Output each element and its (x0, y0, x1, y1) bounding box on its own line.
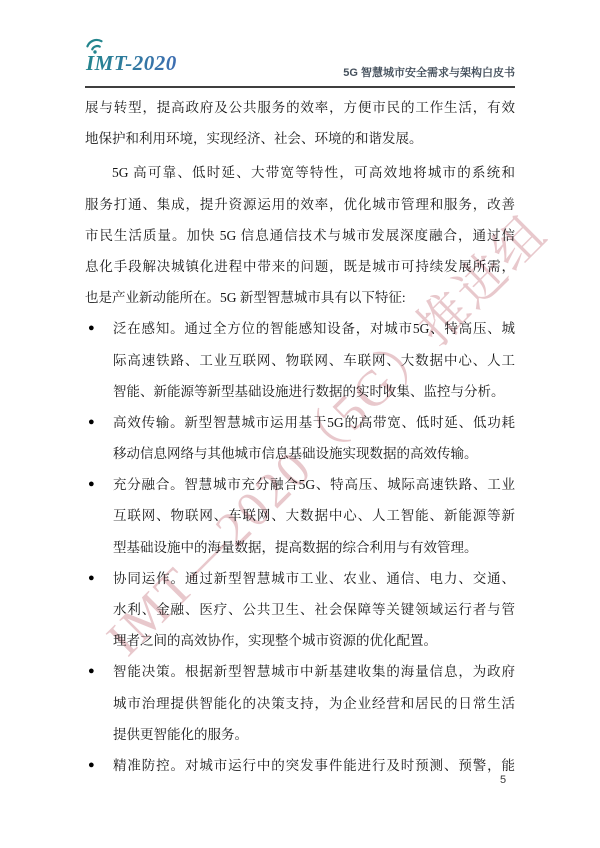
document-body: 展与转型，提高政府及公共服务的效率，方便市民的工作生活，有效地保护和利用环境，实… (85, 92, 515, 781)
text-line: 移动信息网络与其他城市信息基础设施实现数据的高效传输。 (113, 438, 515, 469)
text-line: 市民生活质量。加快 5G 信息通信技术与城市发展深度融合，通过信 (85, 220, 515, 251)
bullet-icon: ● (88, 313, 95, 344)
imt-2020-logo: IMT-2020 (85, 33, 181, 82)
page-header: IMT-2020 5G 智慧城市安全需求与架构白皮书 (85, 34, 515, 88)
text-line: 协同运作。通过新型智慧城市工业、农业、通信、电力、交通、 (113, 563, 515, 594)
bullet-icon: ● (88, 407, 95, 438)
text-line: 型基础设施中的海量数据，提高数据的综合利用与有效管理。 (113, 532, 515, 563)
text-line: 充分融合。智慧城市充分融合5G、特高压、城际高速铁路、工业 (113, 469, 515, 500)
bullet-item: ●精准防控。对城市运行中的突发事件能进行及时预测、预警，能 (85, 750, 515, 781)
bullet-item: ●智能决策。根据新型智慧城市中新基建收集的海量信息，为政府城市治理提供智能化的决… (85, 656, 515, 750)
bullet-item: ●协同运作。通过新型智慧城市工业、农业、通信、电力、交通、水利、金融、医疗、公共… (85, 563, 515, 657)
text-line: 互联网、物联网、车联网、大数据中心、人工智能、新能源等新 (113, 500, 515, 531)
bullet-item: ●高效传输。新型智慧城市运用基于5G的高带宽、低时延、低功耗移动信息网络与其他城… (85, 407, 515, 469)
text-line: 5G 高可靠、低时延、大带宽等特性，可高效地将城市的系统和 (85, 157, 515, 188)
logo-text: IMT-2020 (85, 51, 177, 75)
text-line: 水利、金融、医疗、公共卫生、社会保障等关键领域运行者与管 (113, 594, 515, 625)
text-line: 精准防控。对城市运行中的突发事件能进行及时预测、预警，能 (113, 750, 515, 781)
text-line: 地保护和利用环境，实现经济、社会、环境的和谐发展。 (85, 123, 515, 154)
header-doc-title: 5G 智慧城市安全需求与架构白皮书 (343, 64, 515, 82)
text-line: 智能、新能源等新型基础设施进行数据的实时收集、监控与分析。 (113, 376, 515, 407)
wifi-icon (86, 38, 103, 51)
text-line: 息化手段解决城镇化进程中带来的问题，既是城市可持续发展所需， (85, 251, 515, 282)
text-line: 城市治理提供智能化的决策支持，为企业经营和居民的日常生活 (113, 688, 515, 719)
bullet-icon: ● (88, 750, 95, 781)
text-line: 高效传输。新型智慧城市运用基于5G的高带宽、低时延、低功耗 (113, 407, 515, 438)
paragraph: 展与转型，提高政府及公共服务的效率，方便市民的工作生活，有效地保护和利用环境，实… (85, 92, 515, 154)
text-line: 智能决策。根据新型智慧城市中新基建收集的海量信息，为政府 (113, 656, 515, 687)
text-line: 提供更智能化的服务。 (113, 719, 515, 750)
bullet-item: ●泛在感知。通过全方位的智能感知设备，对城市5G、特高压、城际高速铁路、工业互联… (85, 313, 515, 407)
text-line: 理者之间的高效协作，实现整个城市资源的优化配置。 (113, 625, 515, 656)
paragraph: 5G 高可靠、低时延、大带宽等特性，可高效地将城市的系统和服务打通、集成，提升资… (85, 157, 515, 313)
document-page: IMT—2020（5G）推进组 IMT-2020 5G 智慧城市安全需求与架构白… (0, 0, 600, 848)
text-line: 服务打通、集成，提升资源运用的效率，优化城市管理和服务，改善 (85, 189, 515, 220)
text-line: 展与转型，提高政府及公共服务的效率，方便市民的工作生活，有效 (85, 92, 515, 123)
text-line: 际高速铁路、工业互联网、物联网、车联网、大数据中心、人工 (113, 345, 515, 376)
bullet-item: ●充分融合。智慧城市充分融合5G、特高压、城际高速铁路、工业互联网、物联网、车联… (85, 469, 515, 563)
text-line: 泛在感知。通过全方位的智能感知设备，对城市5G、特高压、城 (113, 313, 515, 344)
page-number: 5 (500, 774, 506, 786)
bullet-icon: ● (88, 469, 95, 500)
bullet-icon: ● (88, 563, 95, 594)
text-line: 也是产业新动能所在。5G 新型智慧城市具有以下特征: (85, 282, 515, 313)
bullet-icon: ● (88, 656, 95, 687)
